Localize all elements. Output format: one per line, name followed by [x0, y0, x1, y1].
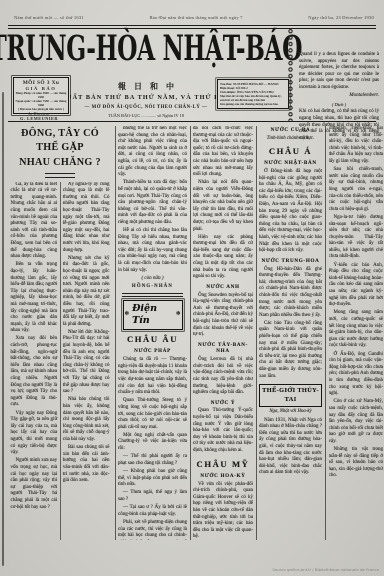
dateline: Năm thứ mười một — số thứ 1631 Bảo-Đại n… [14, 15, 374, 20]
rate-line: Đông-Pháp: cả năm 5$00 — sáu tháng 2$60 [15, 91, 67, 99]
body-paragraph: Ý-kiến các báo Anh, Pháp đều cho rằng cu… [329, 263, 384, 309]
price-per-issue: MỖI SỐ 3 Xu [15, 80, 67, 86]
front-article-col-a: Gã, ấy là điều ta biết chắc là nhờ cả về… [8, 182, 60, 540]
dateline-gregorian-date: Ngày thứ ba, 23 Décembre 1930 [308, 15, 374, 20]
body-paragraph: Chúng ta đã rõ — Thượng-nghị-viện đã duy… [118, 357, 187, 397]
chain-ornament-icon [286, 28, 295, 121]
section-heading-cuba: NƯỚC CU-BA [259, 127, 322, 134]
telegram-section-box: ✻ Điện Tín ✻ [123, 300, 183, 330]
world-flood-box-heading: THẾ-GIỚI THỦY-TAI [259, 384, 322, 407]
body-paragraph: Quan Thủ-tướng Steeg tỏ ý vững lòng về c… [118, 398, 187, 431]
body-paragraph: Người mình xưa nay vốn trọng sự học, mà … [11, 458, 58, 511]
headline-line: ĐÔNG, TÂY CÓ THỂ GẶP [10, 127, 110, 156]
registration-line: TUẦN BÁO-LỤC .............. số Nghìn IV … [48, 113, 244, 118]
section-heading-china: NƯỚC TRUNG-HOA [259, 258, 322, 265]
body-paragraph: Thánh-hiền ta xưa đã dạy: bốn bể một nhà… [118, 180, 187, 226]
body-paragraph: Ấy nghĩa-lý ấy cũng chẳng qua là một lẽ … [63, 182, 110, 255]
director-block: Le Directeur G. LEMEUNIER [13, 111, 65, 121]
body-paragraph: Sau hồi chiến-tranh, nước nào cũng muốn … [329, 167, 384, 213]
section-heading-asia: CHÂU Á [259, 146, 322, 157]
front-article-columns: Gã, ấy là điều ta biết chắc là nhờ cả về… [8, 182, 112, 540]
author-signature: HỒNG-NHÂN [118, 284, 187, 290]
column-4: NƯỚC CU-BA Tình-hình chánh-trị bực. CHÂU… [259, 126, 322, 540]
front-article-headline: ĐÔNG, TÂY CÓ THỂ GẶP NHAU CHĂNG ? [10, 127, 110, 170]
section-heading-america: CHÂU MỸ [193, 459, 253, 470]
dateline-issue: Năm thứ mười một — số thứ 1631 [14, 15, 84, 20]
body-paragraph: Còn ở các xứ Nam-Mỹ, sau mấy cuộc cách-m… [329, 399, 384, 445]
newspaper-page: Năm thứ mười một — số thứ 1631 Bảo-Đại n… [0, 0, 384, 576]
section-heading-england: NƯỚC ANH [193, 284, 253, 291]
newspaper-title: TRUNG-HÒA NHẬT-BÁO [0, 29, 302, 69]
body-paragraph: Nhân lại nói đến quan-niệm của người Viễ… [193, 180, 253, 233]
gallica-watermark: Source gallica.bnf.fr / Bibliothèque nat… [272, 567, 379, 572]
dialogue-line: — Tại sao ư ? Ấy là bởi cái lẽ công-bình… [118, 505, 187, 518]
body-paragraph: Hễ ai có chí thì chẳng bao lâu Đông Tây … [118, 228, 187, 274]
dialogue-line: — Thưa ngài, thế ngụ ý làm sao ? [118, 490, 187, 503]
body-paragraph: Phải, xét về phương-diện chung của các n… [118, 520, 187, 540]
body-paragraph: Nga-la-tư hiện đương sửa-soạn kế-hoạch n… [329, 215, 384, 261]
dialogue-line: — Thế thì phải người ấy ra phạt sao cho … [118, 454, 187, 467]
column-2: nhưng thế là trở nên một việc quan-hệ ch… [118, 126, 187, 540]
body-paragraph: Các báo Tàu công-bố rằng quân Nam-kinh v… [259, 321, 322, 380]
office-box: Tòa-Báo: 93-95 PHỐ HÀNG-BỒ — HANOI Điện-… [217, 79, 289, 109]
body-paragraph: Nhà báo chúng tôi bàn việc ấy, không dám… [63, 397, 110, 443]
body-paragraph: Những tin vặt trong tuần-lễ này sẽ đăng … [329, 447, 384, 480]
body-paragraph: Ông Hồ-hán-Dân đã ghé thương-thuyền đến … [259, 267, 322, 320]
body-paragraph: Hiện nay các phòng thương-mại lớn đều đã… [193, 235, 253, 281]
headline-line: NHAU CHĂNG ? [10, 156, 110, 170]
section-divider [122, 293, 183, 297]
floral-ornament-icon: ✻ [176, 311, 181, 318]
body-paragraph: Ông Snowden tuyên-bố tại Hạ-nghị-viện rằ… [193, 293, 253, 339]
body-paragraph: Nhưng xét cho kỹ thì đạo-đức là gốc, học… [63, 256, 110, 329]
continued-notice: ( còn nữa ) [118, 276, 187, 283]
body-paragraph: Trungari, Tiệm-khắc, hai nước ấy cũng nh… [329, 126, 384, 166]
office-line: Giá quảng-cáo xin thương-lượng tại tòa b… [220, 102, 286, 106]
scan-edge-artifact [2, 92, 4, 566]
world-flood-subheading: Nga, Nhật với Hoa-kỳ [259, 409, 322, 415]
column-3: đã nói cách tổ-chức việc thương-mại của … [193, 126, 253, 540]
section-heading-france: NƯỚC PHÁP [118, 348, 187, 355]
front-article: ĐÔNG, TÂY CÓ THỂ GẶP NHAU CHĂNG ? Gã, ấy… [8, 126, 112, 540]
section-heading-europe: CHÂU ÂU [118, 334, 187, 345]
section-heading-usa: NƯỚC HOA-KỲ [193, 473, 253, 480]
body-paragraph: Như lời đức Khổng-Phu-Tử đã dạy: tứ hải … [63, 330, 110, 396]
newspaper-title-wrap: TRUNG-HÒA NHẬT-BÁO [8, 32, 284, 62]
price-box: MỖI SỐ 3 Xu GIÁ BÁO Đông-Pháp: cả năm 5$… [13, 77, 69, 114]
body-paragraph: Ở Ấn-Độ, ông Gandhi còn bị giam, mà cuộc… [329, 352, 384, 398]
office-line: Mọi thư-từ về việc báo xin đề tên ông Qu… [220, 94, 286, 102]
body-paragraph: Quan Thủ-tướng Ý-quốc tuyên-bố tại viện … [193, 408, 253, 454]
epigraph-french: Quand il y a deux lignes de conduite à s… [299, 52, 379, 92]
body-paragraph: Mong rằng sang năm mới, các cường-quốc s… [329, 310, 384, 350]
section-heading-italy: NƯỚC Ý [193, 400, 253, 407]
rate-line: Ngoại-quốc: cả năm 7$50 — sáu tháng 3$60 [15, 99, 67, 107]
body-paragraph: Ở Đông-kinh đã họp một hội-nghị của các … [259, 169, 322, 255]
section-heading-japan: NƯỚC NHẬT-BẢN [259, 160, 322, 167]
body-paragraph: Năm 1931, Nhật với Nga có đánh nhau ở Mã… [259, 418, 322, 477]
column-rule [115, 126, 116, 540]
body-paragraph: Bên ta vẫn trọng đạo-lý, lấy luân-thường… [11, 262, 58, 335]
body-paragraph: Một ông nghị chất-vấn quan Chưởng-lý về … [118, 433, 187, 453]
body-paragraph: Ông Lerroux đã bị nhà chức-trách đòi hỏi… [193, 357, 253, 397]
floral-ornament-icon: ✻ [125, 311, 130, 318]
dialogue-line: — Không phải bao giờ cũng thế, vì luật-p… [118, 469, 187, 489]
headline-divider [45, 173, 75, 177]
section-subheading-cuba: Tình-hình chánh-trị bực. [259, 136, 322, 142]
body-paragraph: Về vừa rồi việc phản-đối chỉ-trích chính… [193, 482, 253, 540]
telegram-section-title: Điện Tín [132, 303, 173, 328]
epigraph-attribution: Montalembert. [299, 93, 379, 100]
body-paragraph: Xưa nay đôi bên cách-trở, phong-tục bất-… [11, 336, 58, 409]
section-heading-spain: NƯỚC TÂY-BAN-NHA [193, 342, 253, 355]
column-rule [190, 126, 191, 540]
body-paragraph: Bài sau chúng tôi sẽ xin bàn đến cái ảnh… [63, 445, 110, 485]
body-grid: ĐÔNG, TÂY CÓ THỂ GẶP NHAU CHĂNG ? Gã, ấy… [8, 126, 383, 540]
body-paragraph: Gã, ấy là điều ta biết chắc là nhờ cả về… [11, 182, 58, 261]
column-5: Trungari, Tiệm-khắc, hai nước ấy cũng nh… [329, 126, 384, 540]
column-rule [325, 126, 326, 540]
column-rule [256, 126, 257, 540]
body-paragraph: đã nói cách tổ-chức việc thương-mại của … [193, 126, 253, 179]
front-article-col-b: Ấy nghĩa-lý ấy cũng chẳng qua là một lẽ … [60, 182, 112, 540]
epigraph-dich-label: ( Dịch ) [299, 102, 379, 108]
body-paragraph: Vậy ngày nay Đông Tây gặp-gỡ, ta nên giữ… [11, 411, 58, 457]
body-paragraph: nhưng thế là trở nên một việc quan-hệ ch… [118, 126, 187, 179]
dateline-lunar-date: Bảo-Đại năm thứ năm tháng mười một ngày … [150, 15, 243, 20]
masthead-rule [8, 121, 376, 122]
